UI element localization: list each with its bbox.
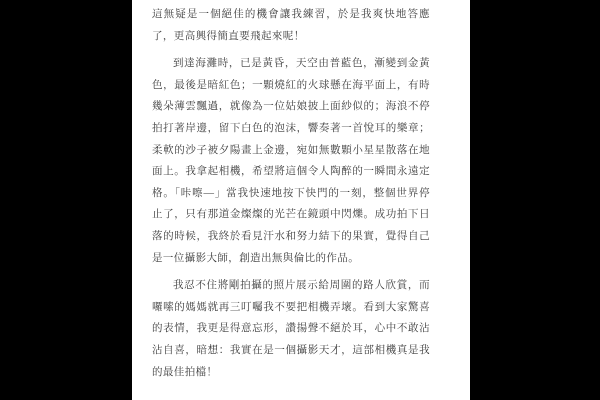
screenshot-canvas: { "page": { "background_color": "#000000… — [0, 0, 600, 400]
essay-paragraph: 到達海灘時，已是黃昏，天空由普藍色，漸變到金黃色，最後是暗紅色；一顆燒紅的火球懸… — [152, 53, 430, 269]
essay-paragraph: 我忍不住將剛拍攝的照片展示給周圍的路人欣賞，而囉嗦的媽媽就再三叮囑我不要把相機弄… — [152, 275, 430, 383]
document-page: 這無疑是一個絕佳的機會讓我練習，於是我爽快地答應了，更高興得簡直要飛起來呢！ 到… — [132, 0, 470, 400]
essay-paragraph: 這無疑是一個絕佳的機會讓我練習，於是我爽快地答應了，更高興得簡直要飛起來呢！ — [152, 4, 430, 47]
essay-text-block: 這無疑是一個絕佳的機會讓我練習，於是我爽快地答應了，更高興得簡直要飛起來呢！ 到… — [132, 0, 470, 383]
